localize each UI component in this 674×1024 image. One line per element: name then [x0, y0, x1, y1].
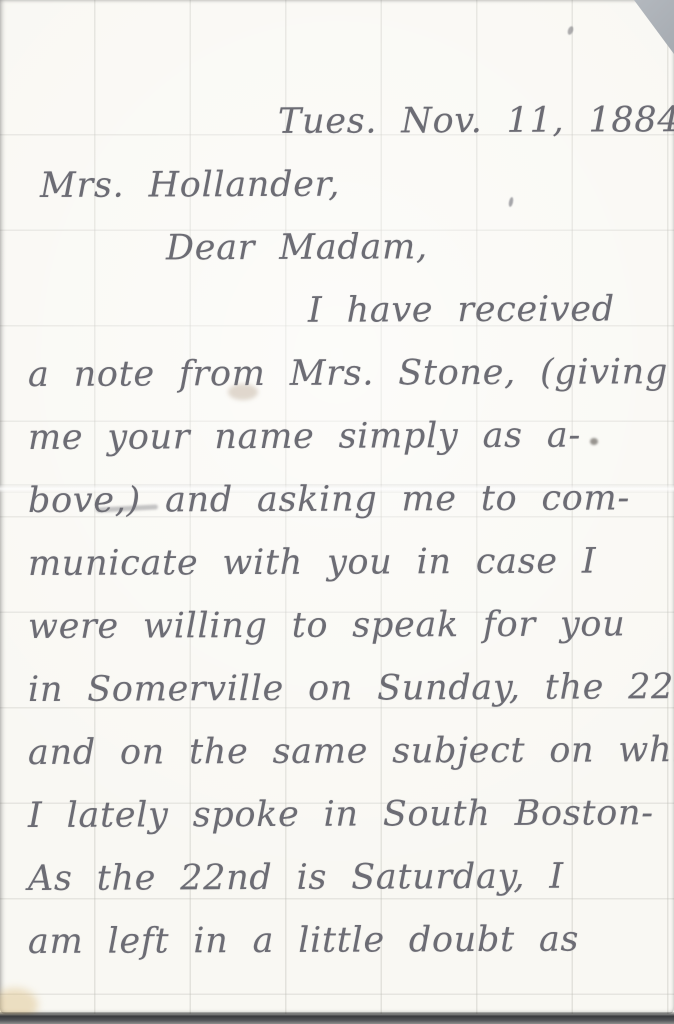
body-line: and on the same subject on which: [28, 719, 664, 785]
scan-bottom-edge: [0, 1012, 674, 1024]
letter-body: I have received a note from Mrs. Stone, …: [28, 281, 664, 974]
body-line: municate with you in case I: [28, 530, 664, 596]
body-line: I have received: [28, 278, 664, 344]
date-line: Tues. Nov. 11, 1884,: [28, 89, 664, 155]
body-line: a note from Mrs. Stone, (giving: [28, 341, 664, 407]
recipient-line: Mrs. Hollander,: [28, 152, 664, 218]
body-line: in Somerville on Sunday, the 22d: [28, 656, 664, 722]
body-line: I lately spoke in South Boston-: [28, 782, 664, 848]
body-line: am left in a little doubt as: [28, 908, 664, 974]
scanned-letter: Tues. Nov. 11, 1884, Mrs. Hollander, Dea…: [0, 0, 674, 1024]
body-line: bove,) and asking me to com-: [28, 467, 664, 533]
body-line: me your name simply as a-: [28, 404, 664, 470]
salutation-line: Dear Madam,: [28, 215, 664, 281]
body-line: were willing to speak for you: [28, 593, 664, 659]
body-line: As the 22nd is Saturday, I: [28, 845, 664, 911]
handwritten-letter-text: Tues. Nov. 11, 1884, Mrs. Hollander, Dea…: [28, 0, 664, 1012]
